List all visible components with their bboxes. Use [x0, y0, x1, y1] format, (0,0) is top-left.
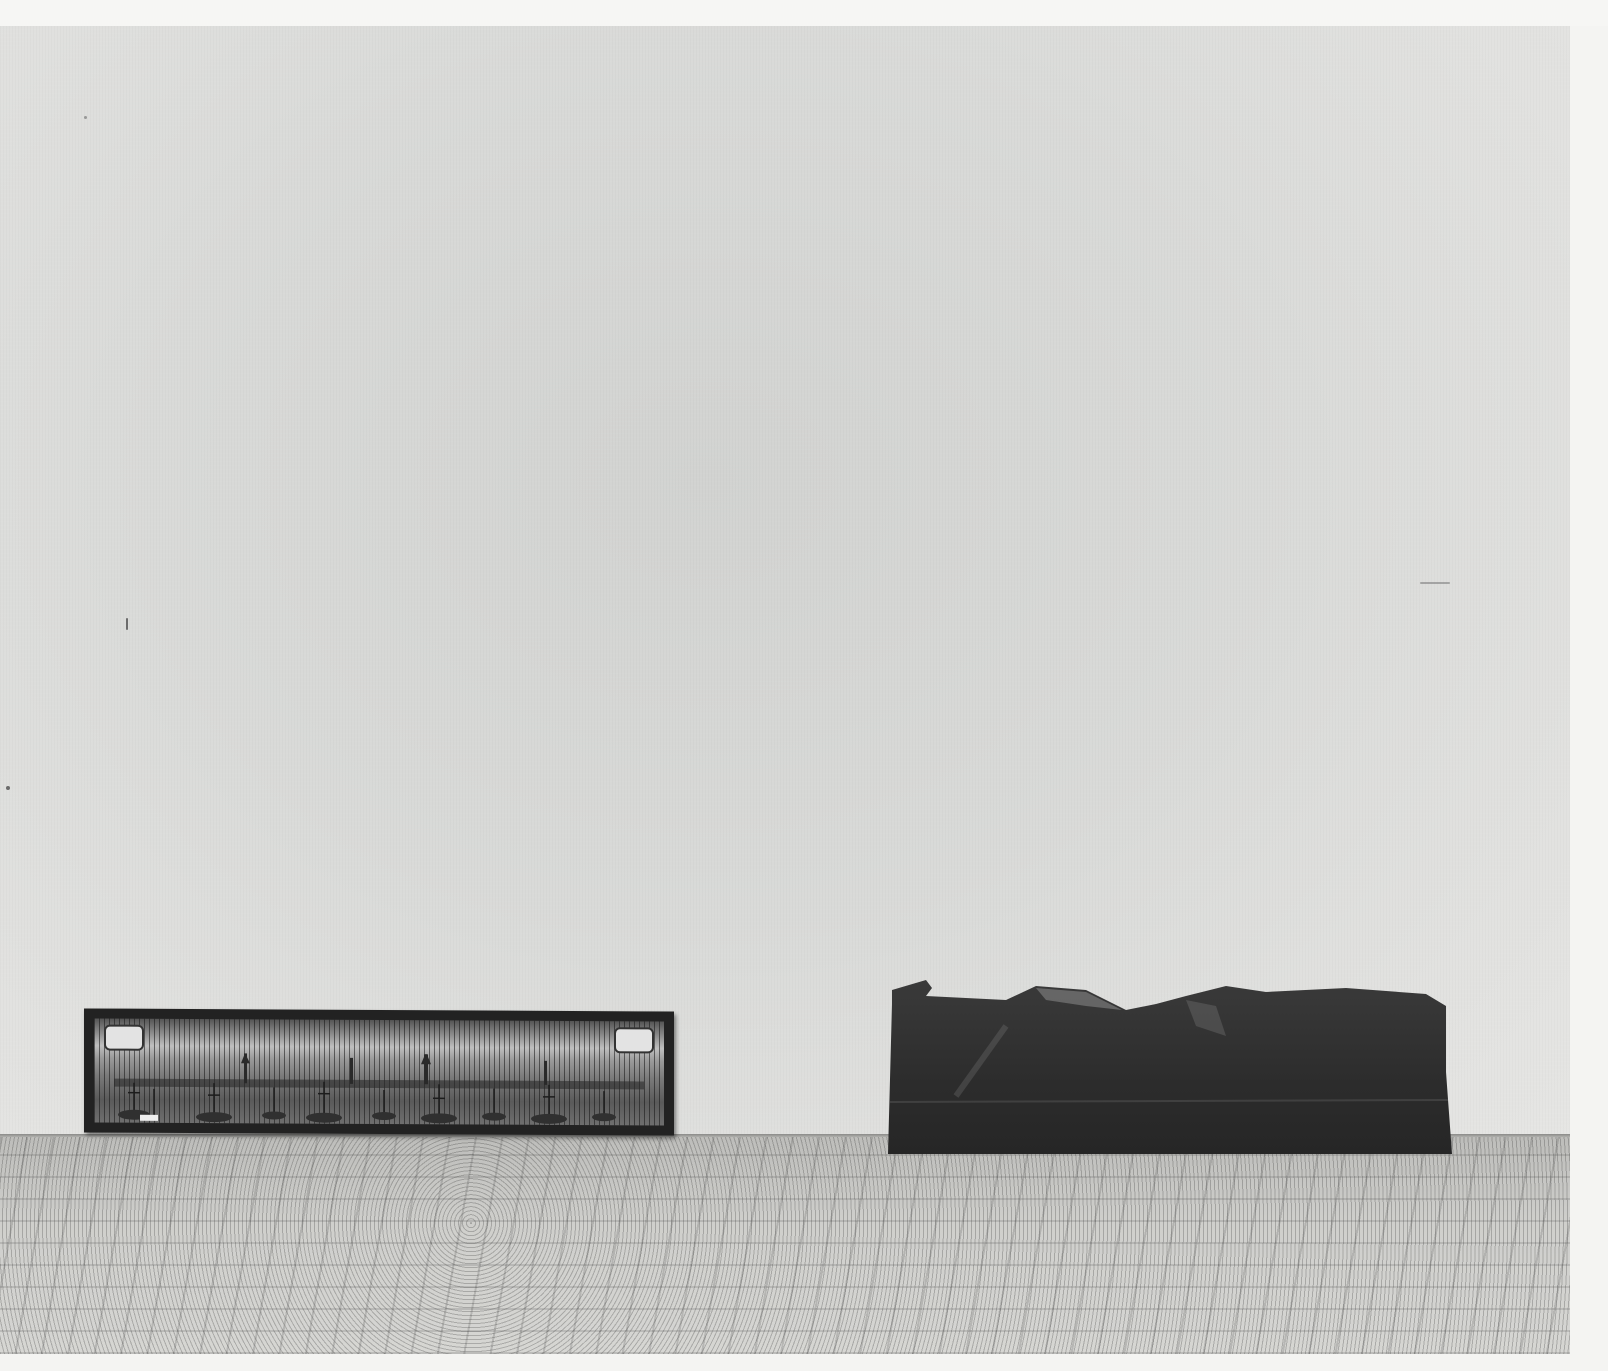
engraving-image: [94, 1019, 664, 1126]
photograph: [0, 26, 1570, 1354]
wall-mark: [126, 618, 128, 630]
cobblestone-floor: [0, 1136, 1570, 1354]
framed-harbour-engraving: [84, 1008, 674, 1135]
wall-mark: [6, 786, 10, 790]
cartouche-right: [614, 1027, 654, 1053]
engraving-label-plate: [140, 1115, 158, 1121]
wall-mark: [1420, 582, 1450, 584]
wall-mark: [84, 116, 87, 119]
harbour-skyline: [94, 1053, 664, 1126]
dark-torn-slab: [886, 976, 1452, 1156]
cartouche-left: [104, 1025, 144, 1051]
page-margin: [0, 0, 1608, 26]
